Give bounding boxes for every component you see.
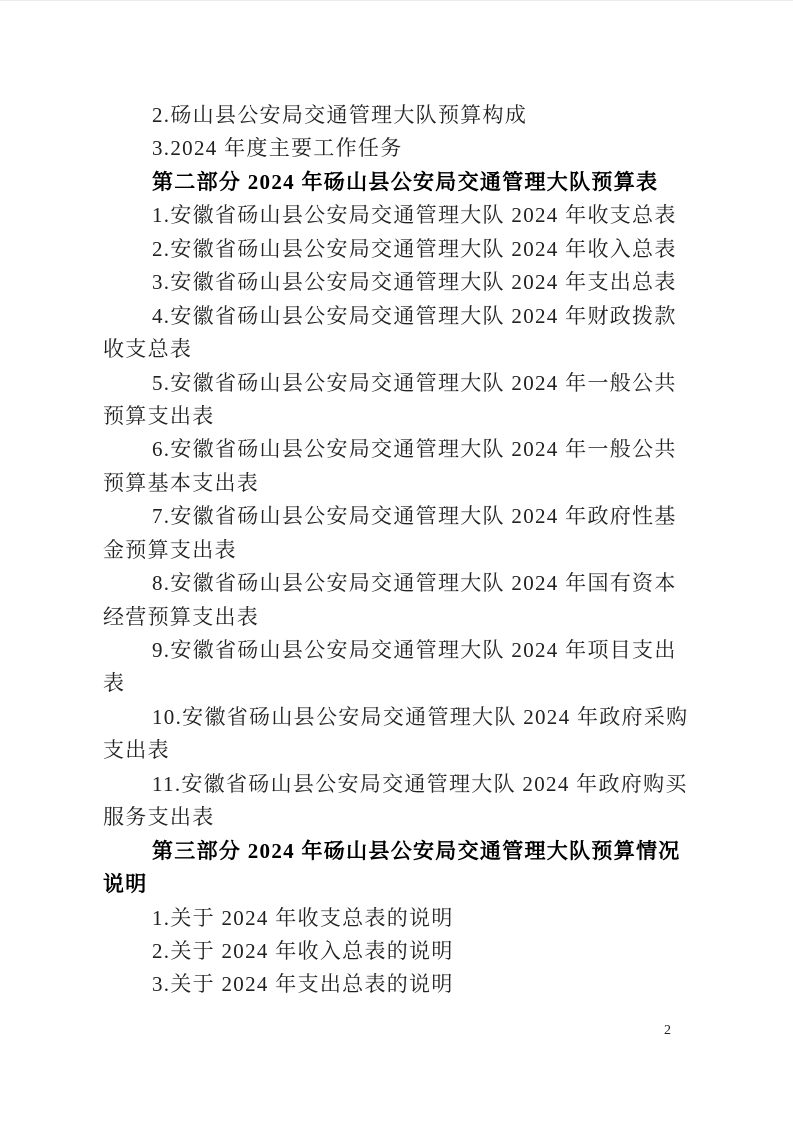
toc-line-continuation: 金预算支出表 <box>103 534 703 567</box>
toc-line: 3.2024 年度主要工作任务 <box>103 132 703 165</box>
section-heading-line: 第三部分 2024 年砀山县公安局交通管理大队预算情况 <box>103 835 703 868</box>
toc-line-continuation: 预算基本支出表 <box>103 467 703 500</box>
toc-line-continuation: 支出表 <box>103 734 703 767</box>
toc-item: 3.2024 年度主要工作任务 <box>103 132 703 165</box>
toc-line: 5.安徽省砀山县公安局交通管理大队 2024 年一般公共 <box>103 367 703 400</box>
section-heading-part2: 第二部分 2024 年砀山县公安局交通管理大队预算表 <box>103 166 703 199</box>
page-number: 2 <box>664 1022 671 1040</box>
toc-item: 10.安徽省砀山县公安局交通管理大队 2024 年政府采购 支出表 <box>103 701 703 768</box>
toc-item: 2.砀山县公安局交通管理大队预算构成 <box>103 99 703 132</box>
toc-line: 2.关于 2024 年收入总表的说明 <box>103 935 703 968</box>
toc-line: 6.安徽省砀山县公安局交通管理大队 2024 年一般公共 <box>103 433 703 466</box>
toc-line: 1.安徽省砀山县公安局交通管理大队 2024 年收支总表 <box>103 199 703 232</box>
toc-line-continuation: 收支总表 <box>103 333 703 366</box>
toc-line: 3.安徽省砀山县公安局交通管理大队 2024 年支出总表 <box>103 266 703 299</box>
toc-line: 1.关于 2024 年收支总表的说明 <box>103 902 703 935</box>
toc-item: 8.安徽省砀山县公安局交通管理大队 2024 年国有资本 经营预算支出表 <box>103 567 703 634</box>
toc-item: 2.关于 2024 年收入总表的说明 <box>103 935 703 968</box>
toc-line: 11.安徽省砀山县公安局交通管理大队 2024 年政府购买 <box>103 768 703 801</box>
toc-line: 7.安徽省砀山县公安局交通管理大队 2024 年政府性基 <box>103 500 703 533</box>
toc-item: 6.安徽省砀山县公安局交通管理大队 2024 年一般公共 预算基本支出表 <box>103 433 703 500</box>
toc-item: 9.安徽省砀山县公安局交通管理大队 2024 年项目支出 表 <box>103 634 703 701</box>
toc-item: 1.安徽省砀山县公安局交通管理大队 2024 年收支总表 <box>103 199 703 232</box>
toc-line: 2.安徽省砀山县公安局交通管理大队 2024 年收入总表 <box>103 233 703 266</box>
toc-line: 4.安徽省砀山县公安局交通管理大队 2024 年财政拨款 <box>103 300 703 333</box>
toc-line: 10.安徽省砀山县公安局交通管理大队 2024 年政府采购 <box>103 701 703 734</box>
toc-line-continuation: 服务支出表 <box>103 801 703 834</box>
section-heading-part3: 第三部分 2024 年砀山县公安局交通管理大队预算情况 说明 <box>103 835 703 902</box>
toc-item: 1.关于 2024 年收支总表的说明 <box>103 902 703 935</box>
toc-line: 3.关于 2024 年支出总表的说明 <box>103 968 703 1001</box>
toc-item: 3.安徽省砀山县公安局交通管理大队 2024 年支出总表 <box>103 266 703 299</box>
document-page: 2.砀山县公安局交通管理大队预算构成 3.2024 年度主要工作任务 第二部分 … <box>0 1 793 1122</box>
toc-item: 2.安徽省砀山县公安局交通管理大队 2024 年收入总表 <box>103 233 703 266</box>
toc-line-continuation: 经营预算支出表 <box>103 601 703 634</box>
toc-line: 8.安徽省砀山县公安局交通管理大队 2024 年国有资本 <box>103 567 703 600</box>
section-heading-line: 第二部分 2024 年砀山县公安局交通管理大队预算表 <box>103 166 703 199</box>
toc-item: 11.安徽省砀山县公安局交通管理大队 2024 年政府购买 服务支出表 <box>103 768 703 835</box>
toc-item: 5.安徽省砀山县公安局交通管理大队 2024 年一般公共 预算支出表 <box>103 367 703 434</box>
toc-item: 7.安徽省砀山县公安局交通管理大队 2024 年政府性基 金预算支出表 <box>103 500 703 567</box>
toc-line-continuation: 预算支出表 <box>103 400 703 433</box>
toc-line: 2.砀山县公安局交通管理大队预算构成 <box>103 99 703 132</box>
toc-line-continuation: 表 <box>103 667 703 700</box>
toc-body: 2.砀山县公安局交通管理大队预算构成 3.2024 年度主要工作任务 第二部分 … <box>103 99 703 1002</box>
toc-item: 4.安徽省砀山县公安局交通管理大队 2024 年财政拨款 收支总表 <box>103 300 703 367</box>
toc-line: 9.安徽省砀山县公安局交通管理大队 2024 年项目支出 <box>103 634 703 667</box>
section-heading-continuation: 说明 <box>103 868 703 901</box>
toc-item: 3.关于 2024 年支出总表的说明 <box>103 968 703 1001</box>
